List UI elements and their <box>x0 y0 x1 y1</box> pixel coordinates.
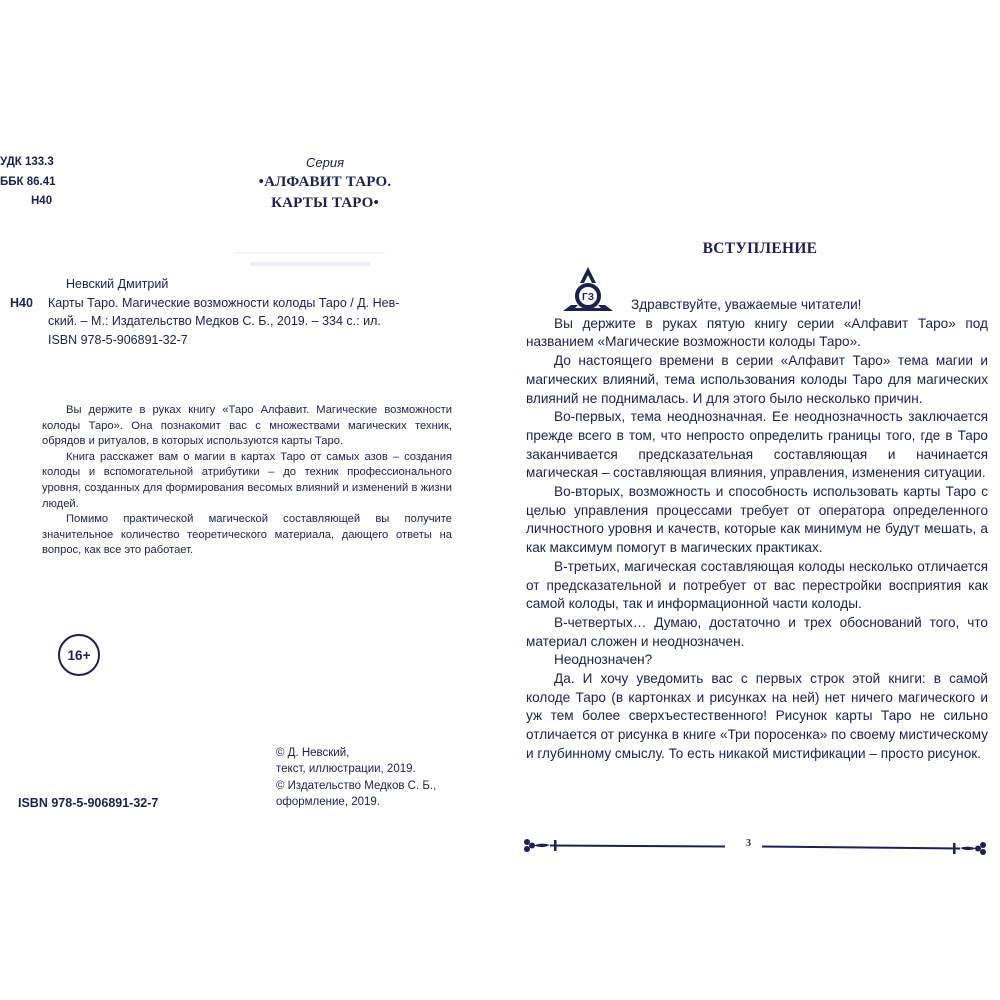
introduction-text: Здравствуйте, уважаемые читатели! Вы дер… <box>526 296 988 764</box>
record-title: Карты Таро. Магические возможности колод… <box>48 296 399 310</box>
record-author: Невский Дмитрий <box>0 275 450 294</box>
annotation-paragraph: Вы держите в руках книгу «Таро Алфавит. … <box>42 403 452 450</box>
record-isbn: ISBN 978-5-906891-32-7 <box>0 331 450 350</box>
classification-codes: УДК 133.3 ББК 86.41 Н40 <box>0 153 56 212</box>
copyright-block: © Д. Невский, текст, иллюстрации, 2019. … <box>276 745 436 810</box>
show-through-shadow <box>235 222 385 254</box>
bbk-code: ББК 86.41 <box>0 173 56 193</box>
copyright-line: © Д. Невский, <box>276 745 436 761</box>
series-title-line-1: •АЛФАВИТ ТАРО. <box>210 172 440 193</box>
body-paragraph: Да. И хочу уведомить вас с первых строк … <box>526 670 988 764</box>
left-page-imprint: УДК 133.3 ББК 86.41 Н40 Серия •АЛФАВИТ Т… <box>0 0 490 1000</box>
page-footer-ornament: 3 <box>520 832 990 862</box>
body-paragraph: В-четвертых… Думаю, достаточно и трех об… <box>526 614 988 651</box>
page-number: 3 <box>746 838 751 849</box>
body-paragraph: Неоднозначен? <box>526 651 988 670</box>
annotation-paragraph: Книга расскажет вам о магии в картах Тар… <box>42 450 452 512</box>
annotation-paragraph: Помимо практической магической составляю… <box>42 512 452 559</box>
body-paragraph: Вы держите в руках пятую книгу серии «Ал… <box>526 315 988 352</box>
right-page-introduction: ВСТУПЛЕНИЕ ГЗ Здравствуйте, уважаемые чи… <box>500 0 1000 1000</box>
body-paragraph: В-третьих, магическая составляющая колод… <box>526 558 988 614</box>
greeting-paragraph: Здравствуйте, уважаемые читатели! <box>526 296 988 315</box>
series-label: Серия <box>210 154 440 172</box>
bibliographic-record: Невский Дмитрий Н40 Карты Таро. Магическ… <box>0 275 450 349</box>
record-code: Н40 <box>10 294 33 313</box>
copyright-line: оформление, 2019. <box>276 794 436 810</box>
isbn-bottom: ISBN 978-5-906891-32-7 <box>18 796 158 810</box>
body-paragraph: Во-вторых, возможность и способность исп… <box>526 483 988 558</box>
series-title-line-2: КАРТЫ ТАРО• <box>210 193 440 214</box>
copyright-line: © Издательство Медков С. Б., <box>276 778 436 794</box>
body-paragraph: До настоящего времени в серии «Алфавит Т… <box>526 352 988 408</box>
udk-code: УДК 133.3 <box>0 153 56 173</box>
author-mark: Н40 <box>0 192 56 212</box>
age-rating-badge: 16+ <box>58 634 100 676</box>
annotation: Вы держите в руках книгу «Таро Алфавит. … <box>42 403 452 559</box>
body-paragraph: Во-первых, тема неоднозначная. Ее неодно… <box>526 408 988 483</box>
series-block: Серия •АЛФАВИТ ТАРО. КАРТЫ ТАРО• <box>210 154 440 214</box>
copyright-line: текст, иллюстрации, 2019. <box>276 761 436 777</box>
record-line-1: Н40 Карты Таро. Магические возможности к… <box>0 294 450 313</box>
chapter-title: ВСТУПЛЕНИЕ <box>690 240 830 258</box>
record-line-2: ский. – М.: Издательство Медков С. Б., 2… <box>0 312 450 331</box>
show-through-shadow <box>250 262 370 266</box>
